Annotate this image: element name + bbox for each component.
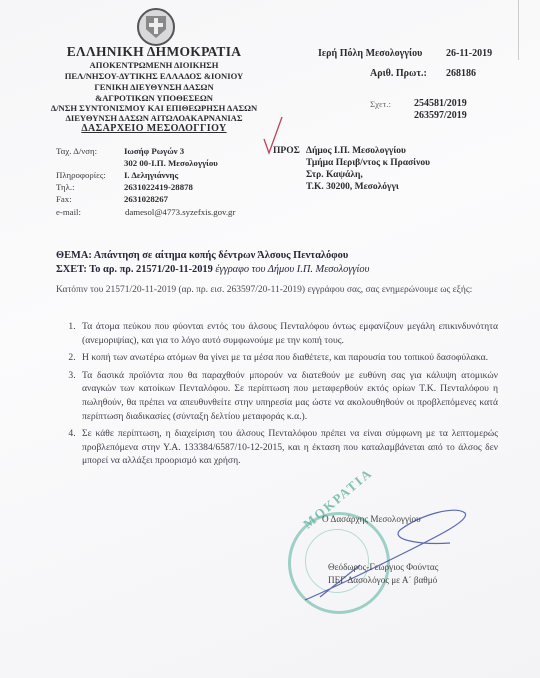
contact-postcode: 302 00-Ι.Π. Μεσολογγίου [124, 158, 218, 168]
list-item: Σε κάθε περίπτωση, η διαχείριση του άλσο… [78, 427, 498, 468]
place: Ιερή Πόλη Μεσολογγίου [318, 48, 422, 59]
header-line-3: ΠΕΛ/ΝΗΣΟΥ-ΔΥΤΙΚΗΣ ΕΛΛΑΔΟΣ &ΙΟΝΙΟΥ [4, 71, 304, 82]
header-line-2: ΑΠΟΚΕΝΤΡΩΜΕΝΗ ΔΙΟΙΚΗΣΗ [4, 60, 304, 71]
contact-label-phone: Τηλ.: [56, 182, 75, 192]
related-2: 263597/2019 [414, 110, 467, 121]
header-line-1: ΕΛΛΗΝΙΚΗ ΔΗΜΟΚΡΑΤΙΑ [4, 44, 304, 60]
header-line-8: ΔΑΣΑΡΧΕΙΟ ΜΕΣΟΛΟΓΓΙΟΥ [4, 123, 304, 134]
contact-address: Ιωσήφ Ρωγών 3 [124, 146, 184, 156]
page-edge [518, 0, 519, 60]
list-item: Τα άτομα πεύκου που φύονται εντός του άλ… [78, 320, 498, 347]
contact-label-email: e-mail: [56, 207, 81, 217]
protocol-label: Αριθ. Πρωτ.: [370, 68, 427, 79]
contact-info: Ι. Δεληγιάννης [124, 170, 178, 180]
list-item: Τα δασικά προϊόντα που θα παραχθούν μπορ… [78, 369, 498, 423]
subject-schet: ΣΧΕΤ: Το αρ. πρ. 21571/20-11-2019 έγγραφ… [56, 264, 369, 275]
signature-rank: ΠΕΓ Δασολόγος με Α΄ βαθμό [328, 575, 437, 585]
contact-label-info: Πληροφορίες: [56, 170, 106, 180]
contact-phone: 2631022419-28878 [124, 182, 193, 192]
signature-title: Ο Δασάρχης Μεσολογγίου [322, 514, 421, 524]
subject-thema: ΘΕΜΑ: Απάντηση σε αίτημα κοπής δέντρων Ά… [56, 250, 348, 261]
recipient-label: ΠΡΟΣ [273, 146, 300, 156]
scanned-letter: ΕΛΛΗΝΙΚΗ ΔΗΜΟΚΡΑΤΙΑ ΑΠΟΚΕΝΤΡΩΜΕΝΗ ΔΙΟΙΚΗ… [0, 0, 540, 678]
recipient-line-4: Τ.Κ. 30200, Μεσολόγγι [306, 182, 399, 192]
contact-label-address: Ταχ. Δ/νση: [56, 146, 97, 156]
contact-label-fax: Fax: [56, 194, 72, 204]
contact-fax: 2631028267 [124, 194, 168, 204]
response-list: Τα άτομα πεύκου που φύονται εντός του άλ… [56, 320, 498, 472]
related-1: 254581/2019 [414, 98, 467, 109]
list-item: Η κοπή των ανωτέρω ατόμων θα γίνει με τα… [78, 351, 498, 365]
signature-name: Θεόδωρος-Γεώργιος Φούντας [328, 562, 438, 572]
related-label: Σχετ.: [370, 99, 391, 109]
contact-email: damesol@4773.syzefxis.gov.gr [125, 207, 235, 217]
date: 26-11-2019 [446, 48, 492, 59]
protocol-number: 268186 [446, 68, 476, 79]
recipient-line-2: Τμήμα Περιβ/ντος κ Πρασίνου [306, 158, 430, 168]
recipient-line-1: Δήμος Ι.Π. Μεσολογγίου [306, 146, 406, 156]
recipient-line-3: Στρ. Καψάλη, [306, 170, 363, 180]
intro-paragraph: Κατόπιν του 21571/20-11-2019 (αρ. πρ. ει… [56, 284, 486, 297]
header-line-4: ΓΕΝΙΚΗ ΔΙΕΥΘΥΝΣΗ ΔΑΣΩΝ [4, 82, 304, 93]
coat-of-arms-icon [137, 8, 175, 46]
